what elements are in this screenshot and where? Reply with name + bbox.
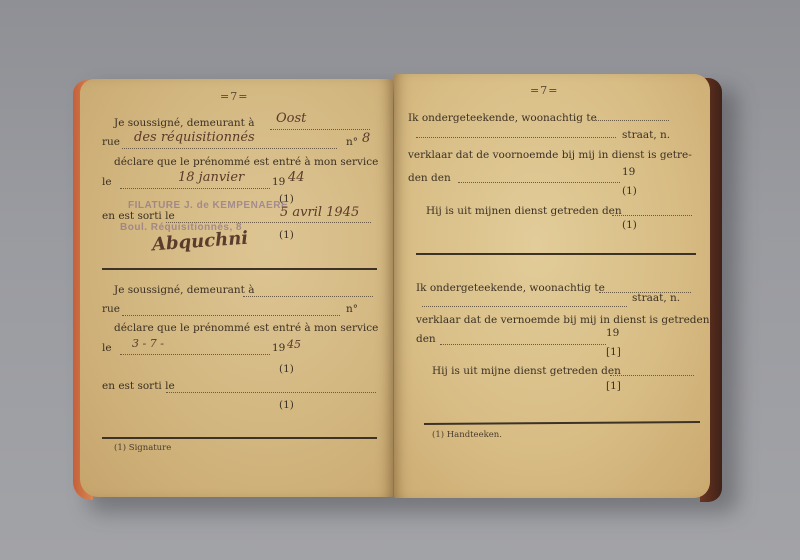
footnote-ref: (1) [279,363,294,375]
residence-label: Je soussigné, demeurant à [114,117,254,129]
entry-year-prefix: 19 [606,327,619,339]
exit-date-handwritten: 5 avril 1945 [280,205,359,220]
footnote-ref: (1) [622,185,637,197]
entry-year-prefix: 19 [272,342,285,354]
street-label: rue [102,303,120,315]
exit-date-field [166,392,376,393]
exit-date-field [612,215,692,216]
entry-year-prefix: 19 [272,176,285,188]
exit-date-field [610,375,694,376]
number-handwritten: 8 [362,131,370,146]
declaration-text: verklaar dat de voornoemde bij mij in di… [408,149,692,161]
residence-field [594,120,669,121]
residence-label: Ik ondergeteekende, woonachtig te [416,282,605,294]
section-divider [102,268,377,270]
footnote-divider [102,437,377,439]
exit-date-label: en est sorti le [102,380,175,392]
entry-date-label: den [416,333,436,345]
footnote-ref: [1] [606,380,621,392]
street-label: rue [102,136,120,148]
entry-date-handwritten: 3 - 7 - [132,337,164,350]
footnote-divider [424,421,700,424]
street-number-label: straat, n. [622,129,670,141]
street-field [422,306,627,307]
footnote: (1) Signature [114,443,171,453]
entry-date-label: le [102,176,112,188]
entry-date-field [120,188,270,189]
footnote-ref: (1) [279,229,294,241]
footnote-ref: [1] [606,346,621,358]
residence-label: Ik ondergeteekende, woonachtig te [408,112,597,124]
entry-date-field [440,344,606,345]
street-number-label: straat, n. [632,292,680,304]
footnote: (1) Handteeken. [432,430,502,440]
entry-date-handwritten: 18 janvier [178,170,244,185]
page-number: =7= [220,90,248,103]
section-divider [416,253,696,255]
entry-date-label: den den [408,172,451,184]
street-field [416,137,616,138]
entry-date-field [458,182,620,183]
declaration-text: déclare que le prénommé est entré à mon … [114,322,378,334]
exit-date-label: Hij is uit mijne dienst getreden den [432,365,621,377]
residence-field [243,296,373,297]
exit-date-label: en est sorti le [102,210,175,222]
street-handwritten: des réquisitionnés [134,130,255,145]
footnote-ref: (1) [622,219,637,231]
street-field [122,148,337,149]
declaration-text: déclare que le prénommé est entré à mon … [114,156,378,168]
residence-handwritten: Oost [276,111,306,126]
left-page: =7= Je soussigné, demeurant à Oost rue d… [80,79,393,497]
declaration-text: verklaar dat de vernoemde bij mij in die… [416,314,709,326]
entry-year-handwritten: 45 [287,338,301,351]
entry-year-prefix: 19 [622,166,635,178]
residence-label: Je soussigné, demeurant à [114,284,254,296]
entry-year-handwritten: 44 [288,170,305,185]
street-field [122,315,340,316]
entry-date-label: le [102,342,112,354]
page-number: =7= [530,84,558,97]
exit-date-label: Hij is uit mijnen dienst getreden den [426,205,622,217]
entry-date-field [120,354,270,355]
number-label: n° [346,303,358,315]
residence-field [270,129,370,130]
footnote-ref: (1) [279,399,294,411]
right-page: =7= Ik ondergeteekende, woonachtig te st… [394,74,710,498]
number-label: n° [346,136,358,148]
